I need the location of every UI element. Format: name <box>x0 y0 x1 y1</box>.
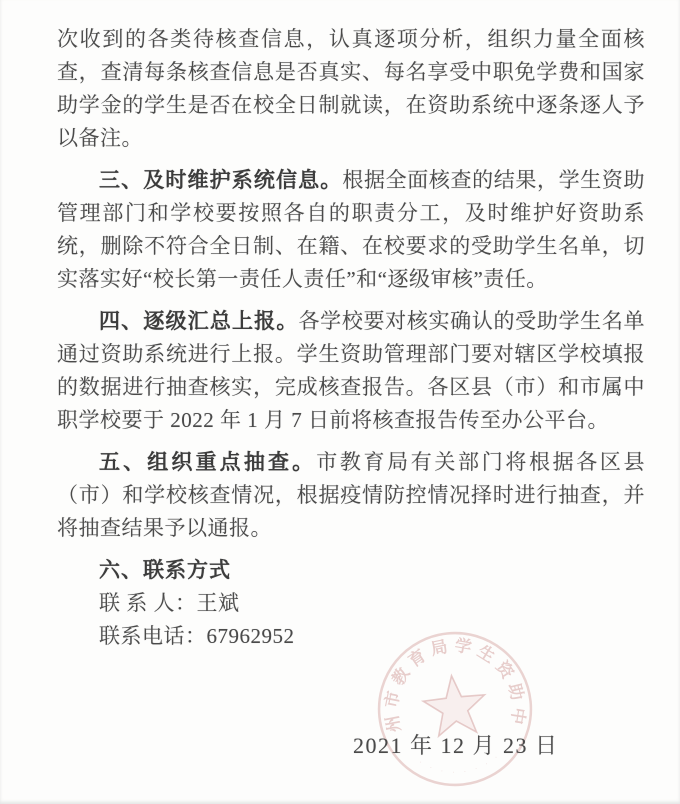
paragraph-continuation: 次收到的各类待核查信息，认真逐项分析，组织力量全面核查，查清每条核查信息是否真实… <box>57 23 645 155</box>
section-6: 六、联系方式 <box>57 554 645 587</box>
paragraph-text: 次收到的各类待核查信息，认真逐项分析，组织力量全面核查，查清每条核查信息是否真实… <box>57 27 645 150</box>
document-page: 次收到的各类待核查信息，认真逐项分析，组织力量全面核查，查清每条核查信息是否真实… <box>0 0 680 804</box>
section-5-heading: 五、组织重点抽查。 <box>99 451 316 474</box>
document-body: 次收到的各类待核查信息，认真逐项分析，组织力量全面核查，查清每条核查信息是否真实… <box>57 23 645 653</box>
section-5: 五、组织重点抽查。市教育局有关部门将根据各区县（市）和学校核查情况，根据疫情防控… <box>57 446 645 545</box>
section-6-heading: 六、联系方式 <box>99 559 231 582</box>
section-3-heading: 三、及时维护系统信息。 <box>99 169 342 192</box>
contact-phone-text: 联系电话：67962952 <box>99 624 295 648</box>
contact-person-line: 联 系 人：王斌 <box>57 587 645 620</box>
contact-phone-line: 联系电话：67962952 <box>57 620 645 653</box>
section-3: 三、及时维护系统信息。根据全面核查的结果，学生资助管理部门和学校要按照各自的职责… <box>57 164 645 296</box>
star-icon <box>421 673 488 738</box>
document-date: 2021 年 12 月 23 日 <box>353 729 559 760</box>
section-4-heading: 四、逐级汇总上报。 <box>99 310 299 333</box>
section-4: 四、逐级汇总上报。各学校要对核实确认的受助学生名单通过资助系统进行上报。学生资助… <box>57 305 645 437</box>
contact-person-text: 联 系 人：王斌 <box>99 591 240 615</box>
official-seal: 州市教育局学生资助中 · · · · · · · · · · <box>366 620 544 798</box>
